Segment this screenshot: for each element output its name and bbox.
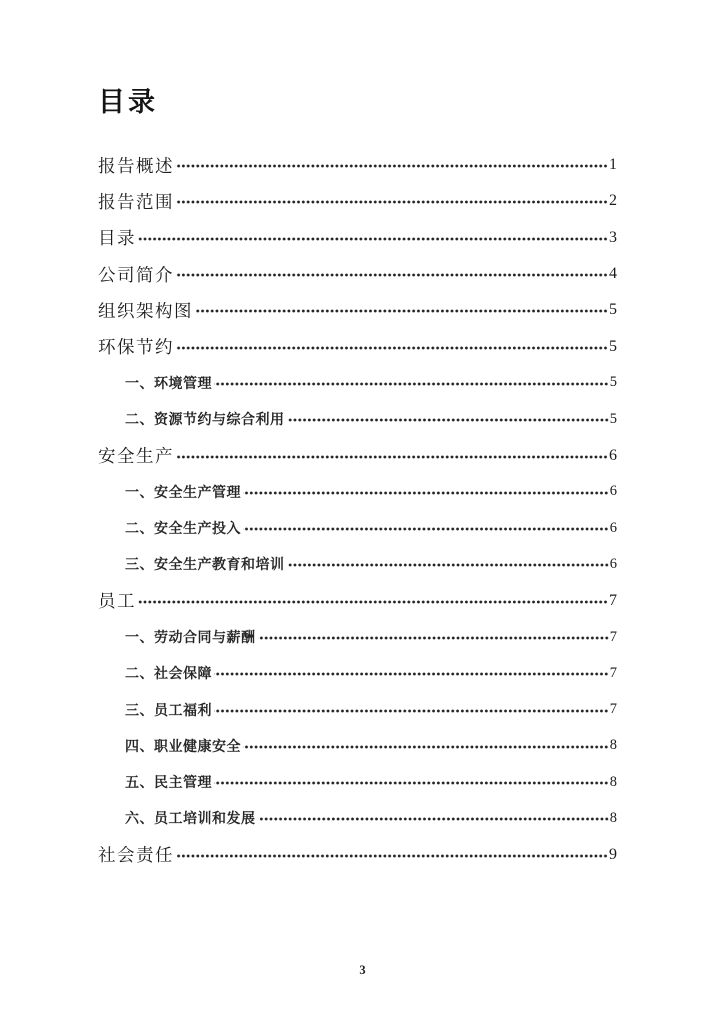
- dot-leader: [214, 381, 609, 387]
- toc-entry-page-number: 6: [609, 447, 617, 465]
- toc-entry-page-number: 6: [610, 520, 617, 537]
- dot-leader: [287, 417, 609, 423]
- toc-entry-label: 一、安全生产管理: [125, 482, 241, 502]
- dot-leader: [287, 562, 609, 568]
- toc-entry: 组织架构图 5: [98, 292, 617, 328]
- dot-leader: [176, 199, 608, 205]
- toc-entry-page-number: 5: [609, 301, 617, 319]
- toc-entry-page-number: 6: [610, 483, 617, 500]
- toc-entry: 二、社会保障 7: [98, 655, 617, 691]
- toc-entry: 一、劳动合同与薪酬 7: [98, 619, 617, 655]
- toc-entry: 社会责任 9: [98, 837, 617, 873]
- toc-entry: 三、员工福利 7: [98, 691, 617, 727]
- dot-leader: [176, 272, 608, 278]
- dot-leader: [214, 671, 609, 677]
- toc-entry-label: 一、劳动合同与薪酬: [125, 627, 256, 647]
- toc-entry-page-number: 8: [610, 737, 617, 754]
- toc-entry-label: 六、员工培训和发展: [125, 808, 256, 828]
- toc-entry-label: 公司简介: [98, 262, 174, 287]
- toc-entry-label: 三、安全生产教育和培训: [125, 554, 285, 574]
- dot-leader: [258, 635, 609, 641]
- toc-entry-label: 员工: [98, 588, 136, 613]
- toc-entry: 报告范围 2: [98, 183, 617, 219]
- dot-leader: [243, 490, 609, 496]
- dot-leader: [195, 308, 608, 314]
- toc-entry: 四、职业健康安全 8: [98, 728, 617, 764]
- toc-entry-page-number: 9: [609, 846, 617, 864]
- dot-leader: [243, 744, 609, 750]
- toc-entry: 公司简介 4: [98, 256, 617, 292]
- dot-leader: [176, 163, 608, 169]
- toc-entry-page-number: 6: [610, 556, 617, 573]
- toc-entry: 员工 7: [98, 583, 617, 619]
- toc-entry-label: 报告概述: [98, 153, 174, 178]
- toc-entry-page-number: 7: [610, 665, 617, 682]
- page-title: 目录: [98, 86, 158, 118]
- toc-entry: 一、安全生产管理 6: [98, 474, 617, 510]
- toc-entry-label: 环保节约: [98, 334, 174, 359]
- toc-entry-page-number: 1: [609, 156, 617, 174]
- toc-entry-label: 社会责任: [98, 842, 174, 867]
- dot-leader: [214, 780, 609, 786]
- document-page: 目录 报告概述 1 报告范围 2 目录 3 公司简介 4 组织架构图 5 环保节…: [0, 0, 725, 1024]
- toc-entry-label: 组织架构图: [98, 298, 193, 323]
- dot-leader: [243, 526, 609, 532]
- toc-entry-label: 安全生产: [98, 443, 174, 468]
- toc-entry: 报告概述 1: [98, 147, 617, 183]
- dot-leader: [214, 708, 609, 714]
- toc-entry: 一、环境管理 5: [98, 365, 617, 401]
- toc-entry: 三、安全生产教育和培训 6: [98, 546, 617, 582]
- toc-entry-label: 目录: [98, 225, 136, 250]
- toc-list: 报告概述 1 报告范围 2 目录 3 公司简介 4 组织架构图 5 环保节约 5…: [98, 147, 617, 873]
- toc-entry-label: 五、民主管理: [125, 772, 212, 792]
- toc-entry-label: 二、社会保障: [125, 663, 212, 683]
- toc-entry-label: 报告范围: [98, 189, 174, 214]
- toc-entry-page-number: 8: [610, 810, 617, 827]
- toc-entry-label: 三、员工福利: [125, 700, 212, 720]
- toc-entry-page-number: 5: [610, 374, 617, 391]
- toc-entry-label: 一、环境管理: [125, 373, 212, 393]
- toc-entry-label: 四、职业健康安全: [125, 736, 241, 756]
- dot-leader: [176, 454, 608, 460]
- toc-entry: 二、资源节约与综合利用 5: [98, 401, 617, 437]
- dot-leader: [138, 236, 608, 242]
- toc-entry-page-number: 8: [610, 774, 617, 791]
- toc-entry: 五、民主管理 8: [98, 764, 617, 800]
- toc-entry-page-number: 3: [609, 229, 617, 247]
- toc-entry-page-number: 5: [610, 411, 617, 428]
- toc-entry: 六、员工培训和发展 8: [98, 800, 617, 836]
- toc-entry: 环保节约 5: [98, 328, 617, 364]
- dot-leader: [138, 599, 608, 605]
- toc-entry-page-number: 4: [609, 265, 617, 283]
- dot-leader: [258, 816, 609, 822]
- dot-leader: [176, 853, 608, 859]
- dot-leader: [176, 345, 608, 351]
- toc-entry-page-number: 5: [609, 338, 617, 356]
- toc-entry-page-number: 2: [609, 192, 617, 210]
- toc-entry: 目录 3: [98, 220, 617, 256]
- toc-entry-label: 二、安全生产投入: [125, 518, 241, 538]
- toc-entry-label: 二、资源节约与综合利用: [125, 409, 285, 429]
- footer-page-number: 3: [0, 963, 725, 978]
- toc-entry: 安全生产 6: [98, 437, 617, 473]
- toc-entry-page-number: 7: [609, 592, 617, 610]
- toc-entry-page-number: 7: [610, 629, 617, 646]
- toc-entry: 二、安全生产投入 6: [98, 510, 617, 546]
- toc-entry-page-number: 7: [610, 701, 617, 718]
